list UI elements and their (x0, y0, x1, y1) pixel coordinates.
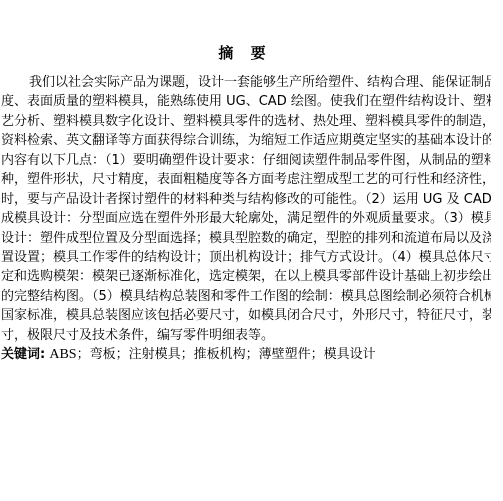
abstract-line: 设计：塑件成型位置及分型面选择；模具型腔数的确定，型腔的排列和流道布局以及浇口位 (1, 229, 491, 248)
keyword-abs: ABS (49, 347, 76, 362)
abstract-line: 我们以社会实际产品为课题，设计一套能够生产所给塑件、结构合理、能保证制品的精 (1, 73, 491, 92)
keywords-list: ；弯板；注射模具；推板机构；薄壁塑件；模具设计 (77, 347, 376, 362)
abstract-line: 度、表面质量的塑料模具，能熟练使用 UG、CAD 绘图。使我们在塑件结构设计、塑… (1, 92, 491, 111)
abstract-line: 置设置；模具工作零件的结构设计；顶出机构设计；排气方式设计。（4）模具总体尺寸的… (1, 248, 491, 267)
abstract-line: 种，塑件形状，尺寸精度，表面粗糙度等各方面考虑注塑成型工艺的可行性和经济性，必要 (1, 170, 491, 189)
abstract-line: 艺分析、塑料模具数字化设计、塑料模具零件的选材、热处理、塑料模具零件的制造，以及 (1, 112, 491, 131)
keywords-line: 关键词: ABS；弯板；注射模具；推板机构；薄壁塑件；模具设计 (1, 345, 491, 364)
abstract-line: 寸，极限尺寸及技术条件，编写零件明细表等。 (1, 326, 491, 345)
abstract-line: 定和选购模架：模架已逐渐标准化，选定模架，在以上模具零部件设计基础上初步绘出模具 (1, 267, 491, 286)
abstract-line: 成模具设计：分型面应选在塑件外形最大轮廓处，满足塑件的外观质量要求。（3）模具结… (1, 209, 491, 228)
abstract-line: 国家标准，模具总装图应该包括必要尺寸，如模具闭合尺寸，外形尺寸，特征尺寸，装配尺 (1, 306, 491, 325)
abstract-line: 资料检索、英文翻译等方面获得综合训练，为缩短工作适应期奠定坚实的基础本设计的重点 (1, 131, 491, 150)
abstract-line: 时，要与产品设计者探讨塑件的材料种类与结构修改的可能性。（2）运用 UG 及 C… (1, 190, 491, 209)
abstract-body: 我们以社会实际产品为课题，设计一套能够生产所给塑件、结构合理、能保证制品的精 度… (1, 73, 491, 365)
abstract-line: 内容有以下几点：（1）要明确塑件设计要求：仔细阅读塑件制品零件图，从制品的塑料品 (1, 151, 491, 170)
abstract-title: 摘 要 (0, 44, 490, 62)
keywords-label: 关键词: (1, 347, 45, 362)
abstract-line: 的完整结构图。（5）模具结构总装图和零件工作图的绘制：模具总图绘制必须符合机械制… (1, 287, 491, 306)
